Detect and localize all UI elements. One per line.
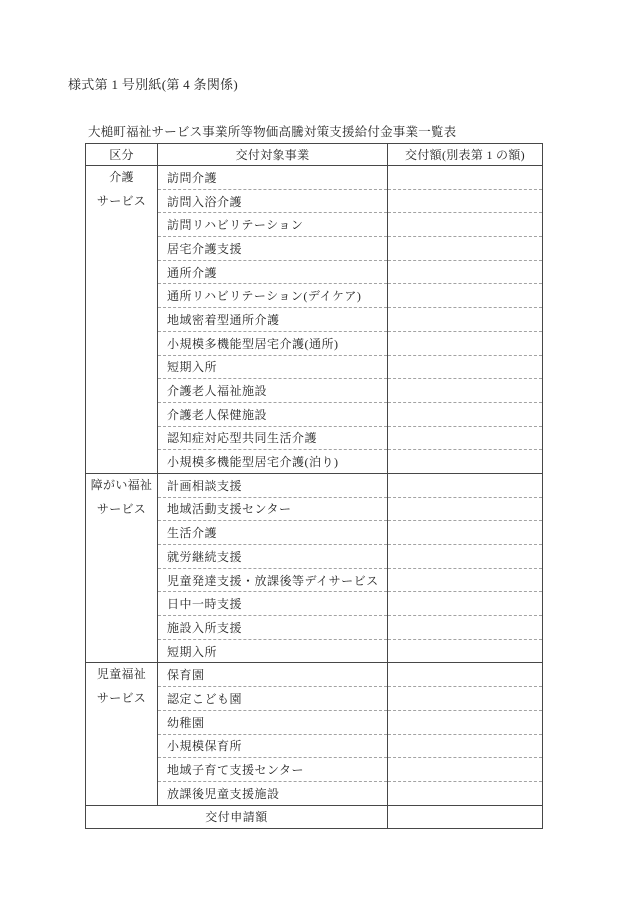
business-cell: 介護老人保健施設 [158, 402, 388, 426]
amount-cell [388, 568, 543, 592]
amount-cell [388, 260, 543, 284]
document-title: 大槌町福祉サービス事業所等物価高騰対策支援給付金事業一覧表 [88, 122, 456, 140]
business-cell: 訪問介護 [158, 166, 388, 190]
category-label-line: 障がい福祉 [86, 474, 157, 498]
business-cell: 地域活動支援センター [158, 497, 388, 521]
amount-cell [388, 166, 543, 190]
amount-cell [388, 189, 543, 213]
column-header-category: 区分 [86, 144, 158, 166]
amount-cell [388, 284, 543, 308]
business-cell: 訪問リハビリテーション [158, 213, 388, 237]
business-cell: 通所リハビリテーション(デイケア) [158, 284, 388, 308]
table-row: 児童福祉サービス保育園 [86, 663, 543, 687]
amount-cell [388, 379, 543, 403]
business-cell: 保育園 [158, 663, 388, 687]
business-cell: 訪問入浴介護 [158, 189, 388, 213]
business-cell: 小規模保育所 [158, 734, 388, 758]
amount-cell [388, 592, 543, 616]
business-cell: 幼稚園 [158, 710, 388, 734]
subsidy-schedule-table: 区分 交付対象事業 交付額(別表第 1 の額) 介護サービス訪問介護訪問入浴介護… [85, 143, 543, 829]
amount-cell [388, 781, 543, 805]
business-cell: 介護老人福祉施設 [158, 379, 388, 403]
category-cell: 児童福祉サービス [86, 663, 158, 805]
business-cell: 施設入所支援 [158, 616, 388, 640]
document-page: 様式第 1 号別紙(第 4 条関係) 大槌町福祉サービス事業所等物価高騰対策支援… [0, 0, 630, 903]
amount-cell [388, 616, 543, 640]
category-label-line: 介護 [86, 166, 157, 190]
amount-cell [388, 639, 543, 663]
table-footer-row: 交付申請額 [86, 805, 543, 829]
business-cell: 計画相談支援 [158, 473, 388, 497]
amount-cell [388, 450, 543, 474]
form-number-label: 様式第 1 号別紙(第 4 条関係) [68, 74, 238, 93]
business-cell: 短期入所 [158, 639, 388, 663]
amount-cell [388, 402, 543, 426]
business-cell: 地域密着型通所介護 [158, 308, 388, 332]
category-label-line: サービス [86, 498, 157, 522]
table-row: 介護サービス訪問介護 [86, 166, 543, 190]
amount-cell [388, 521, 543, 545]
category-label-line: 児童福祉 [86, 663, 157, 687]
amount-cell [388, 213, 543, 237]
table-body: 介護サービス訪問介護訪問入浴介護訪問リハビリテーション居宅介護支援通所介護通所リ… [86, 166, 543, 829]
amount-cell [388, 331, 543, 355]
business-cell: 就労継続支援 [158, 545, 388, 569]
business-cell: 認知症対応型共同生活介護 [158, 426, 388, 450]
business-cell: 小規模多機能型居宅介護(通所) [158, 331, 388, 355]
business-cell: 認定こども園 [158, 687, 388, 711]
amount-cell [388, 308, 543, 332]
category-label-line: サービス [86, 687, 157, 711]
business-cell: 生活介護 [158, 521, 388, 545]
amount-cell [388, 710, 543, 734]
business-cell: 児童発達支援・放課後等デイサービス [158, 568, 388, 592]
amount-cell [388, 473, 543, 497]
column-header-business: 交付対象事業 [158, 144, 388, 166]
amount-cell [388, 663, 543, 687]
table-header: 区分 交付対象事業 交付額(別表第 1 の額) [86, 144, 543, 166]
table-row: 障がい福祉サービス計画相談支援 [86, 473, 543, 497]
category-cell: 介護サービス [86, 166, 158, 474]
amount-cell [388, 805, 543, 829]
amount-cell [388, 734, 543, 758]
category-label-line: サービス [86, 190, 157, 214]
column-header-amount: 交付額(別表第 1 の額) [388, 144, 543, 166]
business-cell: 地域子育て支援センター [158, 758, 388, 782]
amount-cell [388, 426, 543, 450]
business-cell: 小規模多機能型居宅介護(泊り) [158, 450, 388, 474]
business-cell: 放課後児童支援施設 [158, 781, 388, 805]
amount-cell [388, 497, 543, 521]
amount-cell [388, 355, 543, 379]
business-cell: 通所介護 [158, 260, 388, 284]
application-amount-label: 交付申請額 [86, 805, 388, 829]
category-cell: 障がい福祉サービス [86, 473, 158, 663]
amount-cell [388, 545, 543, 569]
amount-cell [388, 758, 543, 782]
business-cell: 日中一時支援 [158, 592, 388, 616]
amount-cell [388, 237, 543, 261]
table-header-row: 区分 交付対象事業 交付額(別表第 1 の額) [86, 144, 543, 166]
business-cell: 短期入所 [158, 355, 388, 379]
business-cell: 居宅介護支援 [158, 237, 388, 261]
amount-cell [388, 687, 543, 711]
